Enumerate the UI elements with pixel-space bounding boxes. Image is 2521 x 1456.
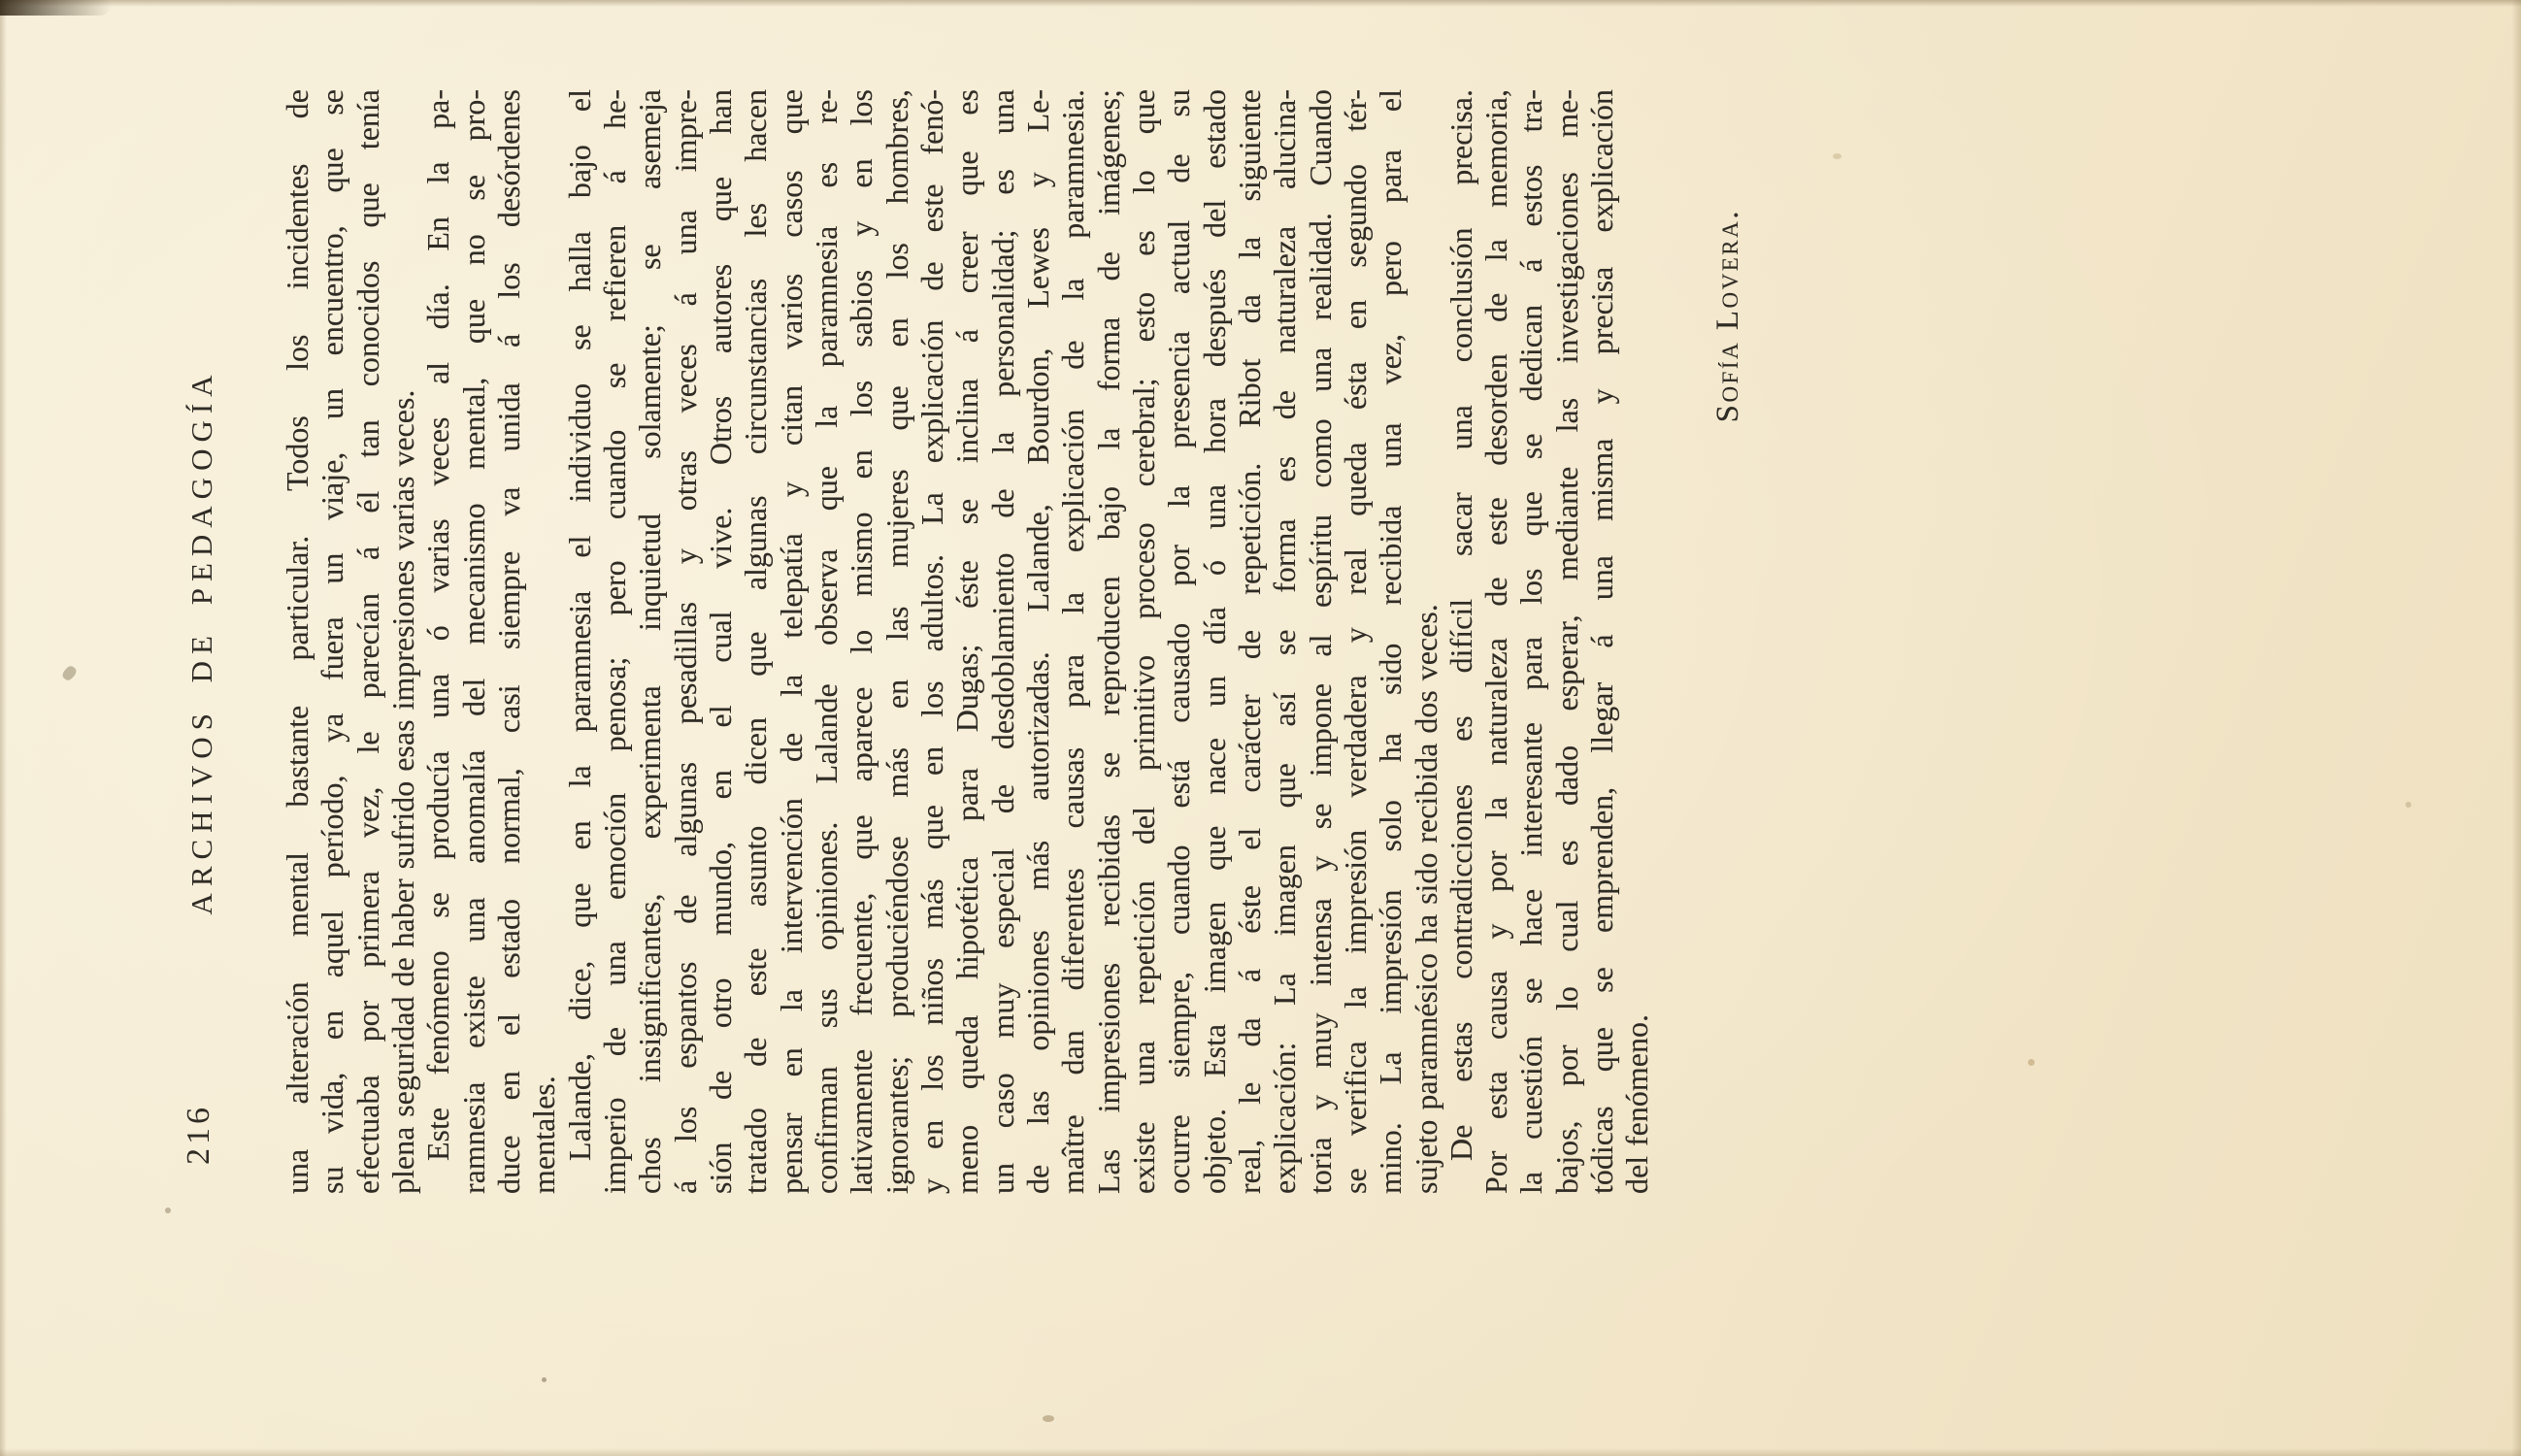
text-line: De estas contradicciones es difícil saca…: [1443, 89, 1478, 1194]
text-line: una alteración mental bastante particula…: [280, 89, 315, 1194]
text-line: explicación: La imagen que así se forma …: [1267, 89, 1302, 1194]
text-line: duce en el estado normal, casi siempre v…: [491, 89, 526, 1194]
text-line: objeto. Esta imagen que nace un día ó un…: [1197, 89, 1232, 1194]
text-line: confirman sus opiniones. Lalande observa…: [809, 89, 844, 1194]
text-line: existe una repetición del primitivo proc…: [1126, 89, 1161, 1194]
text-line: toria y muy intensa y se impone al espír…: [1303, 89, 1338, 1194]
text-line: maître dan diferentes causas para la exp…: [1055, 89, 1090, 1194]
text-line: Lalande, dice, que en la paramnesia el i…: [562, 89, 597, 1194]
text-line: imperio de una emoción penosa; pero cuan…: [597, 89, 632, 1194]
scan-corner-shadow: [0, 0, 112, 16]
text-line: ocurre siempre, cuando está causado por …: [1161, 89, 1196, 1194]
scan-edge-shadow-bottom: [0, 1448, 2521, 1456]
paragraph: una alteración mental bastante particula…: [280, 89, 420, 1194]
scan-edge-shadow-left: [0, 0, 7, 1456]
text-line: bajos, por lo cual es dado esperar, medi…: [1549, 89, 1584, 1194]
text-line: y en los niños más que en los adultos. L…: [914, 89, 949, 1194]
text-line: mino. La impresión solo ha sido recibida…: [1373, 89, 1408, 1194]
paragraph: De estas contradicciones es difícil saca…: [1443, 89, 1655, 1194]
text-line: su vida, en aquel período, ya fuera un v…: [315, 89, 349, 1194]
paper-speck: [542, 1377, 547, 1382]
text-line: sión de otro mundo, en el cual vive. Otr…: [703, 89, 738, 1194]
paper-speck: [2028, 1059, 2035, 1066]
text-line: real, le da á éste el carácter de repeti…: [1232, 89, 1267, 1194]
text-line: un caso muy especial de desdoblamiento d…: [985, 89, 1020, 1194]
text-block: una alteración mental bastante particula…: [280, 89, 1655, 1194]
running-head: ARCHIVOS DE PEDAGOGÍA: [184, 89, 219, 1194]
text-line: se verifica la impresión verdadera y rea…: [1338, 89, 1373, 1194]
scanned-page: 216 ARCHIVOS DE PEDAGOGÍA una alteración…: [0, 0, 2521, 1456]
text-line: meno queda hipotética para Dugas; éste s…: [949, 89, 984, 1194]
text-line: tódicas que se emprenden, llegar á una m…: [1584, 89, 1619, 1194]
text-line: sujeto paramnésico ha sido recibida dos …: [1409, 89, 1443, 1194]
text-line: Las impresiones recibidas se reproducen …: [1091, 89, 1126, 1194]
text-line: de las opiniones más autorizadas. Laland…: [1020, 89, 1055, 1194]
text-line: á los espantos de algunas pesadillas y o…: [668, 89, 703, 1194]
paper-speck: [165, 1208, 171, 1213]
text-line: ignorantes; produciéndose más en las muj…: [879, 89, 914, 1194]
paper-speck: [1043, 1415, 1054, 1422]
paragraph: Este fenómeno se producía una ó varias v…: [420, 89, 561, 1194]
text-line: Este fenómeno se producía una ó varias v…: [420, 89, 455, 1194]
paper-speck: [1833, 153, 1841, 159]
text-line: lativamente frecuente, que aparece lo mi…: [844, 89, 879, 1194]
text-line: la cuestión se hace interesante para los…: [1513, 89, 1548, 1194]
text-line: tratado de este asunto dicen que algunas…: [738, 89, 773, 1194]
text-line: pensar en la intervención de la telepatí…: [774, 89, 809, 1194]
scan-edge-shadow-top: [0, 0, 2521, 7]
text-line: plena seguridad de haber sufrido esas im…: [385, 89, 420, 1194]
paper-speck: [2405, 802, 2411, 808]
scan-edge-shadow-right: [2511, 0, 2521, 1456]
text-line: chos insignificantes, experimenta inquie…: [632, 89, 667, 1194]
text-line: mentales.: [526, 89, 561, 1194]
page-sheet: 216 ARCHIVOS DE PEDAGOGÍA una alteración…: [0, 0, 2521, 1456]
text-line: ramnesia existe una anomalía del mecanis…: [456, 89, 491, 1194]
paragraph: Lalande, dice, que en la paramnesia el i…: [562, 89, 1443, 1194]
text-line: efectuaba por primera vez, le parecían á…: [350, 89, 385, 1194]
author-signature: Sofía Lovera.: [1710, 209, 1746, 480]
text-line: del fenómeno.: [1619, 89, 1654, 1194]
text-line: Por esta causa y por la naturaleza de es…: [1478, 89, 1513, 1194]
